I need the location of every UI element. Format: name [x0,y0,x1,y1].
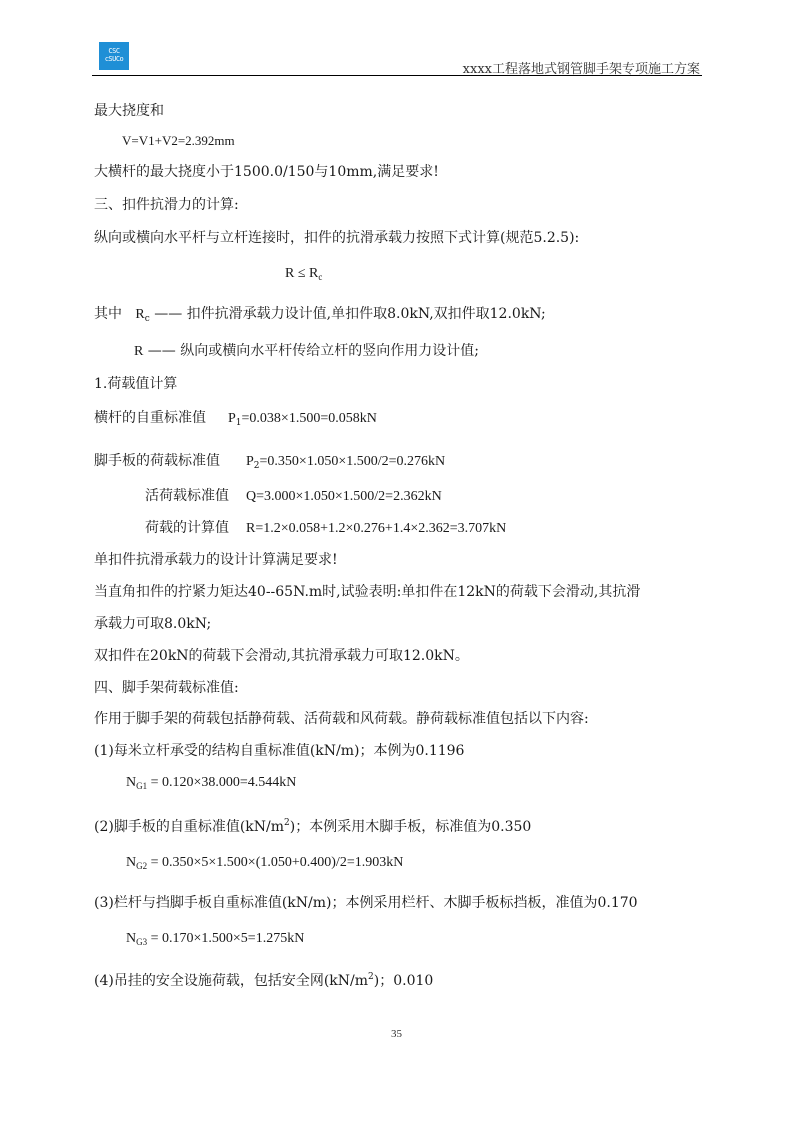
formula-p2: 脚手板的荷载标准值P2=0.350×1.050×1.500/2=0.276kN [94,452,445,471]
item-2-text-a: (2)脚手板的自重标准值(kN/m [94,819,284,835]
formula-r: 荷载的计算值R=1.2×0.058+1.2×0.276+1.4×2.362=3.… [145,519,506,538]
ng1-expr: = 0.120×38.000=4.544kN [147,775,296,790]
ng2-expr: = 0.350×5×1.500×(1.050+0.400)/2=1.903kN [147,855,403,870]
formula-lhs: R [285,266,294,281]
item-3-text: (3)栏杆与挡脚手板自重标准值(kN/m)；本例采用栏杆、木脚手板标挡板，准值为… [94,894,638,912]
formula-ng1: NG1 = 0.120×38.000=4.544kN [126,774,296,792]
text-test-result-1: 当直角扣件的拧紧力矩达40--65N.m时,试验表明:单扣件在12kN的荷载下会… [94,583,640,601]
q-expr: Q=3.000×1.050×1.500/2=2.362kN [246,489,442,504]
where2-symbol: R [134,344,143,359]
q-label: 活荷载标准值 [145,487,246,505]
where2-text: —— 纵向或横向水平杆传给立杆的竖向作用力设计值; [148,343,479,359]
where-rc-definition: 其中 Rc —— 扣件抗滑承载力设计值,单扣件取8.0kN,双扣件取12.0kN… [94,305,546,324]
formula-operator: ≤ [298,266,306,281]
where-prefix: 其中 [94,306,122,322]
logo-text-bottom: cSUCo [99,55,129,63]
item-4-text-b: )；0.010 [374,973,434,989]
formula-p1: 横杆的自重标准值P1=0.038×1.500=0.058kN [94,409,377,428]
formula-q: 活荷载标准值Q=3.000×1.050×1.500/2=2.362kN [145,487,442,506]
text-deflection-ok: 大横杆的最大挠度小于1500.0/150与10mm,满足要求! [94,163,439,181]
text-max-deflection-label: 最大挠度和 [94,102,164,120]
where-r-definition: R —— 纵向或横向水平杆传给立杆的竖向作用力设计值; [134,342,479,361]
where-symbol-sub: c [145,314,150,324]
ng3-expr: = 0.170×1.500×5=1.275kN [147,931,304,946]
formula-ng2: NG2 = 0.350×5×1.500×(1.050+0.400)/2=1.90… [126,854,403,872]
item-4-text-a: (4)吊挂的安全设施荷载，包括安全网(kN/m [94,973,368,989]
text-single-fastener-ok: 单扣件抗滑承载力的设计计算满足要求! [94,551,338,569]
company-logo-icon: CSC cSUCo [99,42,129,70]
item-1-text: (1)每米立杆承受的结构自重标准值(kN/m)；本例为0.1196 [94,742,464,760]
header-divider [92,75,702,76]
text-load-intro: 作用于脚手架的荷载包括静荷载、活荷载和风荷载。静荷载标准值包括以下内容: [94,710,589,728]
ng1-sub: G1 [136,781,147,791]
p1-label: 横杆的自重标准值 [94,409,228,427]
formula-rhs: R [309,266,318,281]
ng1-symbol: N [126,775,136,790]
item-4-text: (4)吊挂的安全设施荷载，包括安全网(kN/m2)；0.010 [94,972,433,990]
p2-label: 脚手板的荷载标准值 [94,452,246,470]
text-test-result-3: 双扣件在20kN的荷载下会滑动,其抗滑承载力可取12.0kN。 [94,647,469,665]
subsection-load-calc: 1.荷载值计算 [94,375,177,393]
r-expr: R=1.2×0.058+1.2×0.276+1.4×2.362=3.707kN [246,521,506,536]
formula-ng3: NG3 = 0.170×1.500×5=1.275kN [126,930,304,948]
ng3-sub: G3 [136,937,147,947]
text-test-result-2: 承载力可取8.0kN; [94,615,211,633]
ng2-sub: G2 [136,861,147,871]
ng2-symbol: N [126,855,136,870]
p2-expr: =0.350×1.050×1.500/2=0.276kN [260,454,446,469]
section-heading-4: 四、脚手架荷载标准值: [94,679,239,697]
p1-symbol: P [228,411,236,426]
page-number: 35 [0,1028,793,1040]
ng3-symbol: N [126,931,136,946]
item-2-text-b: )；本例采用木脚手板，标准值为0.350 [290,819,532,835]
where-text: —— 扣件抗滑承载力设计值,单扣件取8.0kN,双扣件取12.0kN; [154,306,546,322]
p2-symbol: P [246,454,254,469]
text-rule-intro: 纵向或横向水平杆与立杆连接时，扣件的抗滑承载力按照下式计算(规范5.2.5): [94,229,579,247]
formula-r-le-rc: R ≤ Rc [285,265,322,283]
r-label: 荷载的计算值 [145,519,246,537]
where-symbol: R [135,307,144,322]
formula-rhs-sub: c [318,272,322,282]
item-2-text: (2)脚手板的自重标准值(kN/m2)；本例采用木脚手板，标准值为0.350 [94,818,531,836]
p1-expr: =0.038×1.500=0.058kN [242,411,377,426]
formula-deflection: V=V1+V2=2.392mm [122,132,235,150]
document-page: CSC cSUCo xxxx工程落地式钢管脚手架专项施工方案 最大挠度和 V=V… [0,0,793,1122]
section-heading-3: 三、扣件抗滑力的计算: [94,196,239,214]
logo-text-top: CSC [99,47,129,55]
